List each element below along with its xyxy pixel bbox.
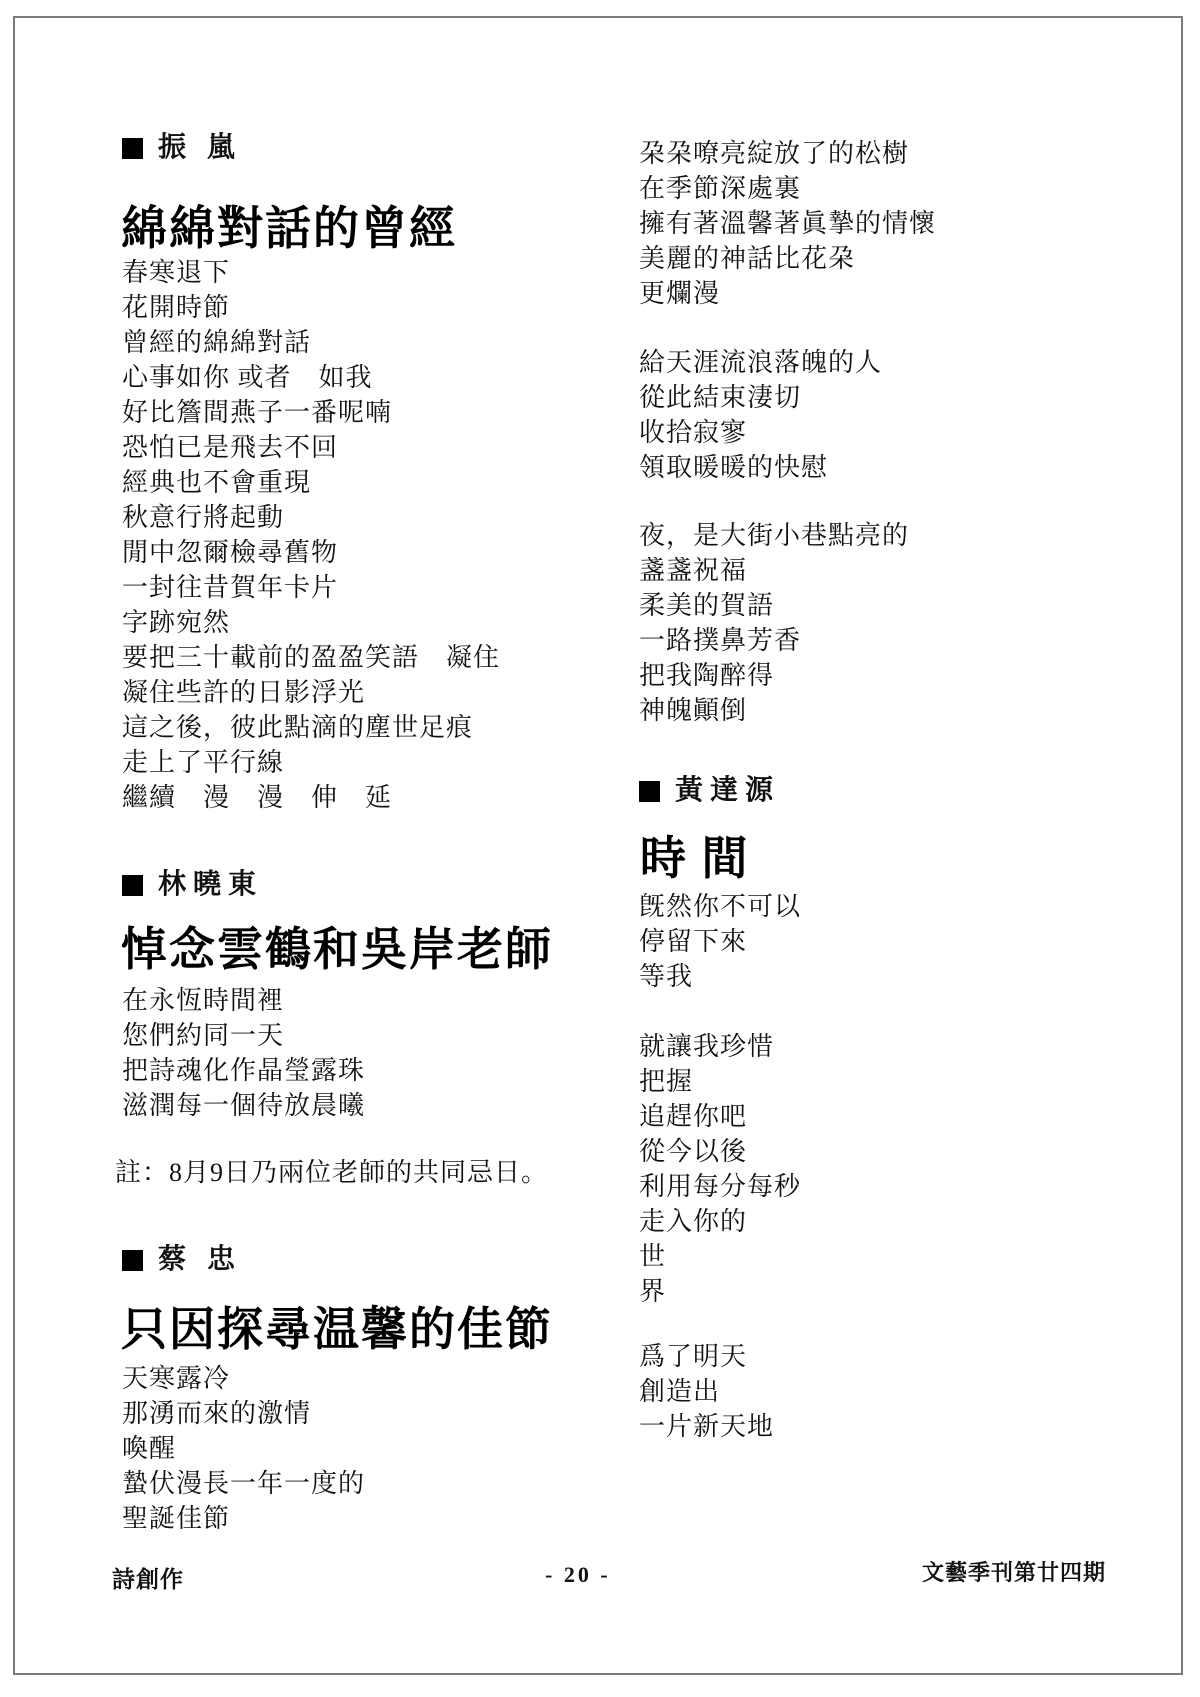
continuation-stanza-2: 給天涯流浪落魄的人 從此結束淒切 收拾寂寥 領取暖暖的快慰 <box>639 345 882 485</box>
author-bullet-icon <box>122 875 143 896</box>
poem1-author: 振 嵐 <box>122 133 242 164</box>
poem4-author-name: 黃達源 <box>675 776 780 807</box>
poem2-title: 悼念雲鶴和吳岸老師 <box>121 925 553 976</box>
poem2-author-name: 林曉東 <box>158 870 263 901</box>
continuation-stanza-1: 朶朶嘹亮綻放了的松樹 在季節深處裏 擁有著溫馨著眞摯的情懷 美麗的神話比花朶 更… <box>639 136 936 311</box>
poem3-body: 天寒露冷 那湧而來的激情 喚醒 蟄伏漫長一年一度的 聖誕佳節 <box>122 1361 365 1536</box>
poem4-stanza-3: 爲了明天 創造出 一片新天地 <box>639 1339 774 1444</box>
poem1-title: 綿綿對話的曾經 <box>121 204 457 255</box>
poem1-author-name: 振 嵐 <box>158 133 242 164</box>
poem4-title: 時 間 <box>640 834 750 885</box>
footer-section-label: 詩創作 <box>112 1561 184 1594</box>
poem4-stanza-1: 旣然你不可以 停留下來 等我 <box>639 889 801 994</box>
poem1-body: 春寒退下 花開時節 曾經的綿綿對話 心事如你 或者 如我 好比簷間燕子一番呢喃 … <box>122 255 500 815</box>
poem2-note: 註：8月9日乃兩位老師的共同忌日。 <box>115 1155 548 1190</box>
poem3-author: 蔡 忠 <box>122 1245 242 1276</box>
continuation-stanza-3: 夜，是大街小巷點亮的 盞盞祝福 柔美的賀語 一路撲鼻芳香 把我陶醉得 神魄顚倒 <box>639 518 909 728</box>
footer-issue-label: 文藝季刊第廿四期 <box>922 1556 1106 1587</box>
magazine-page: 振 嵐 綿綿對話的曾經 春寒退下 花開時節 曾經的綿綿對話 心事如你 或者 如我… <box>0 0 1200 1697</box>
author-bullet-icon <box>122 138 143 159</box>
poem4-stanza-2: 就讓我珍惜 把握 追趕你吧 從今以後 利用每分每秒 走入你的 世 界 <box>639 1029 801 1309</box>
author-bullet-icon <box>639 781 660 802</box>
poem3-author-name: 蔡 忠 <box>158 1245 242 1276</box>
poem4-author: 黃達源 <box>639 776 780 807</box>
author-bullet-icon <box>122 1250 143 1271</box>
footer-page-number: - 20 - <box>545 1562 611 1588</box>
poem2-body: 在永恆時間裡 您們約同一天 把詩魂化作晶瑩露珠 滋潤每一個待放晨曦 <box>122 983 365 1123</box>
poem3-title: 只因探尋温馨的佳節 <box>121 1305 553 1356</box>
poem2-author: 林曉東 <box>122 870 263 901</box>
